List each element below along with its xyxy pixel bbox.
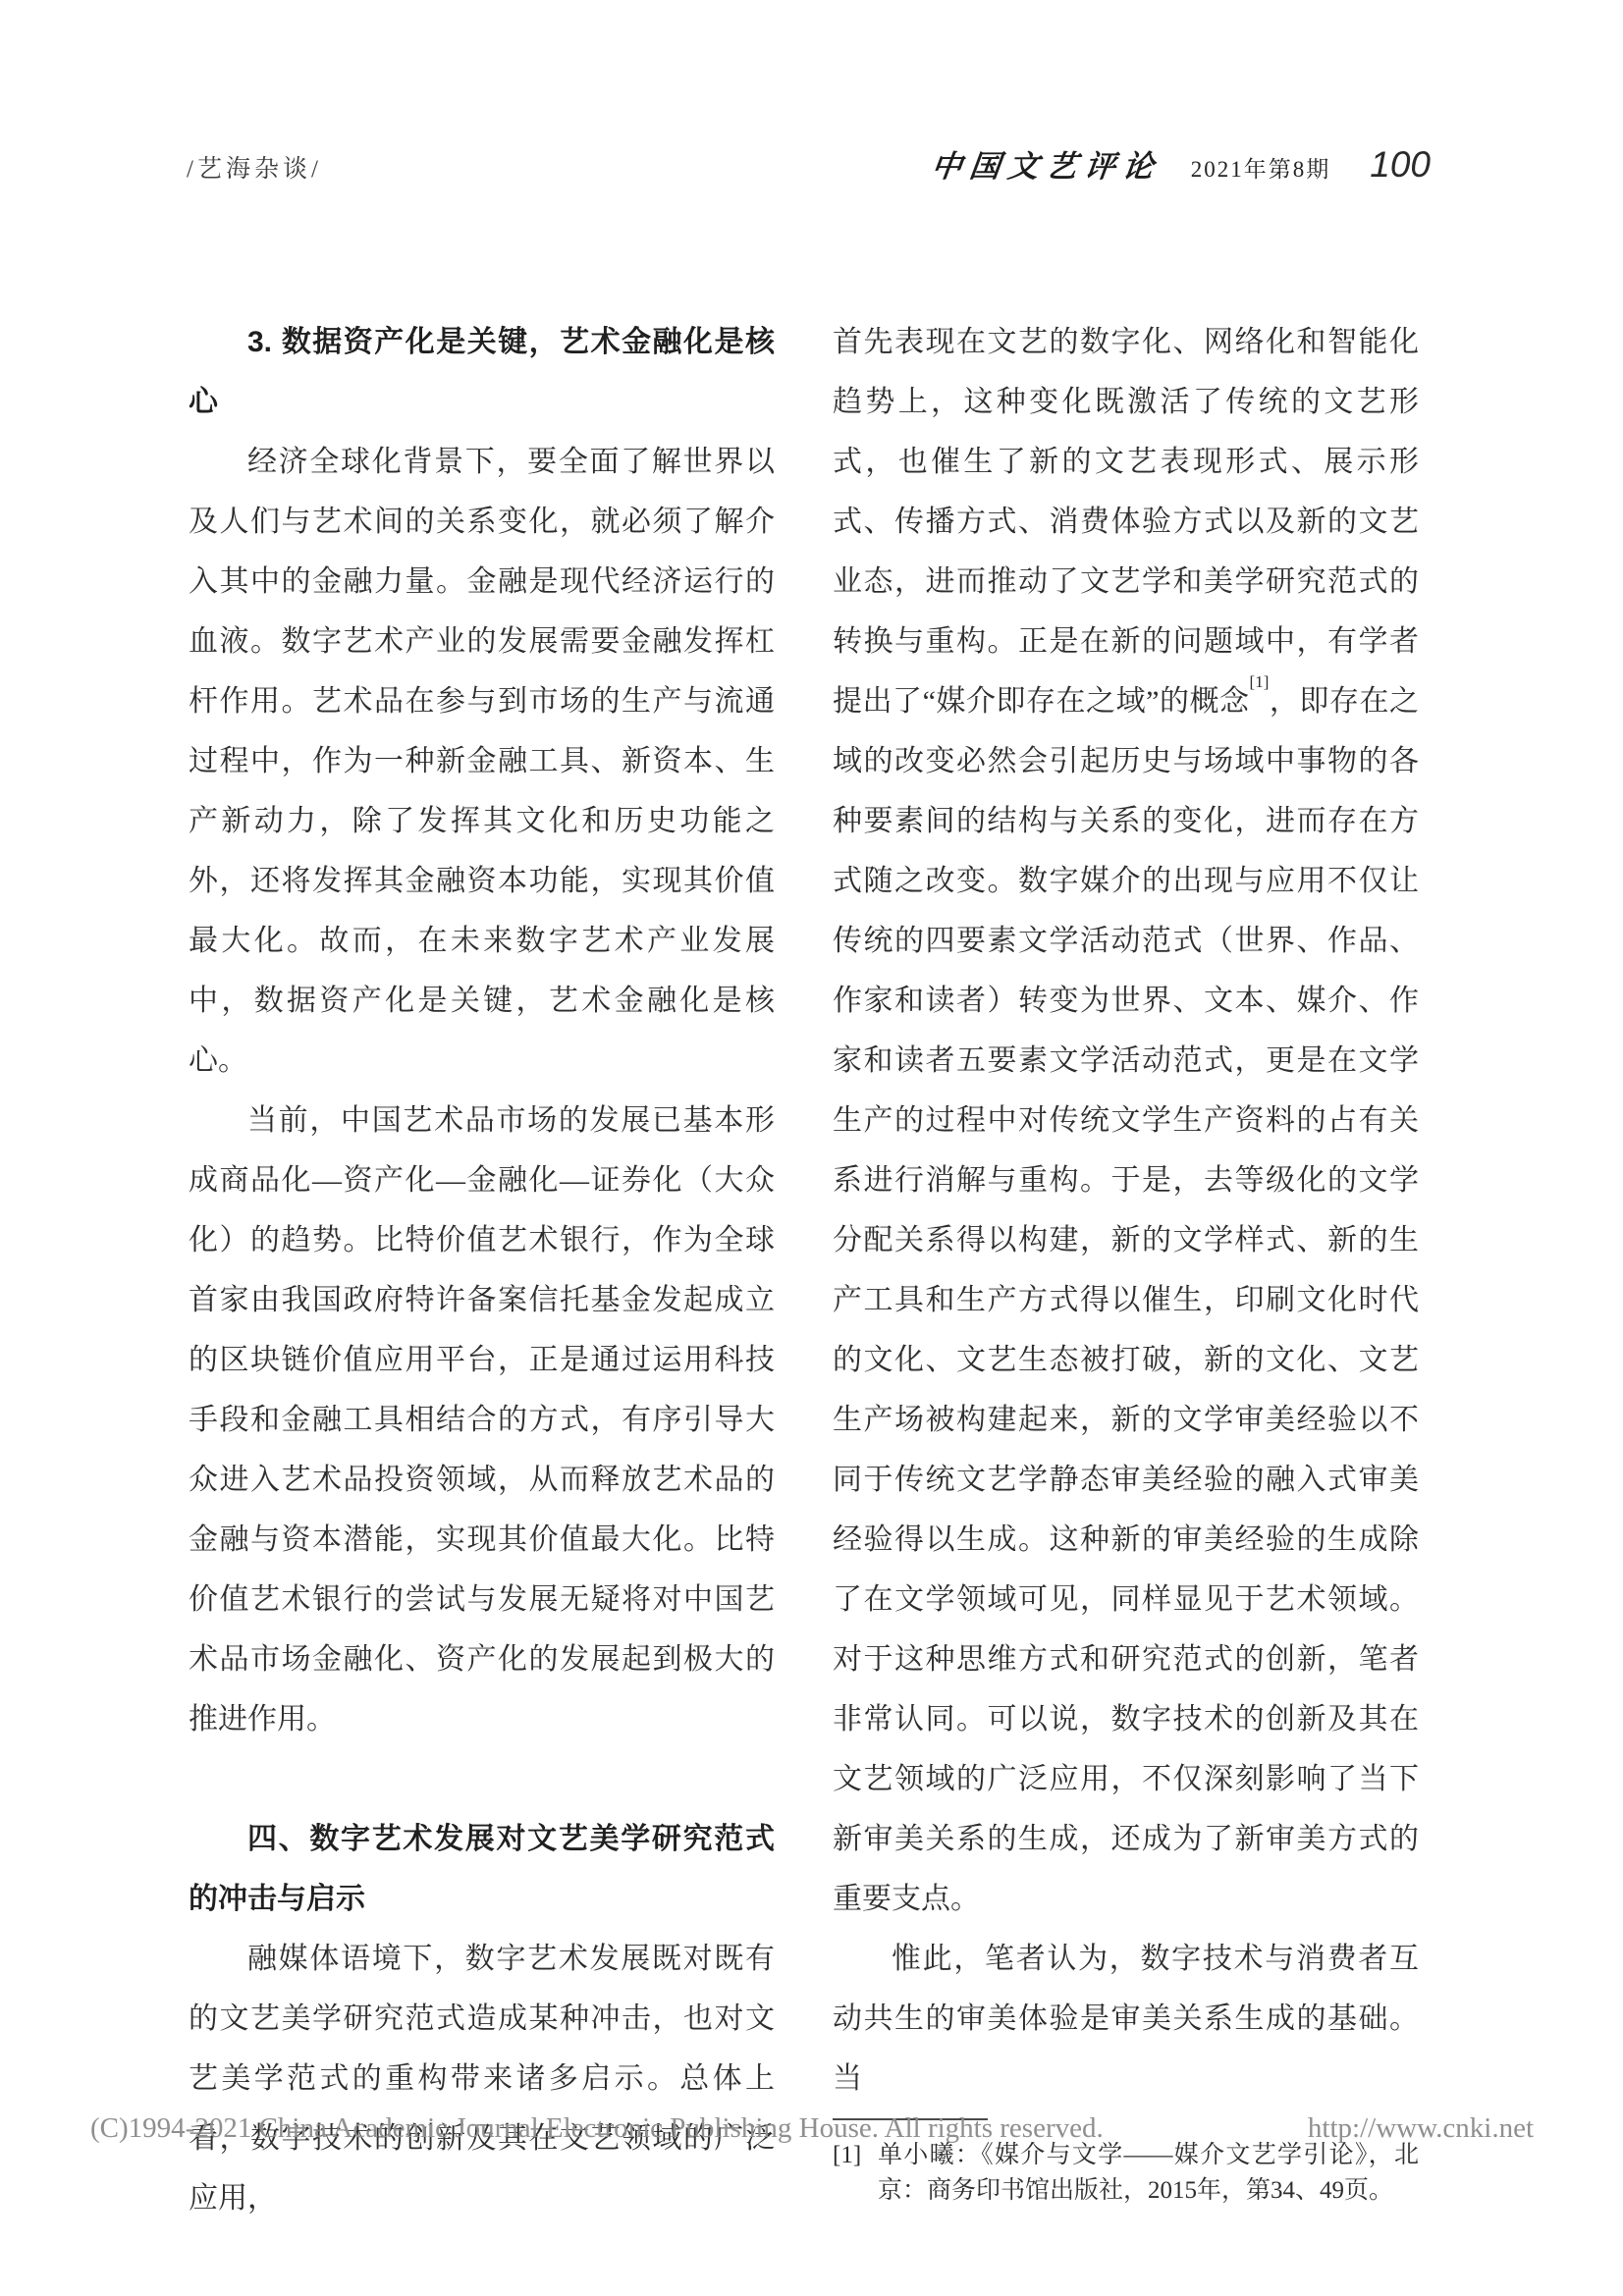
paragraph-text-before-ref: 首先表现在文艺的数字化、网络化和智能化趋势上，这种变化既激活了传统的文艺形式，也… [833,326,1419,718]
paragraph-art-market: 当前，中国艺术品市场的发展已基本形成商品化—资产化—金融化—证券化（大众化）的趋… [189,1091,775,1749]
right-column: 首先表现在文艺的数字化、网络化和智能化趋势上，这种变化既激活了传统的文艺形式，也… [833,312,1419,2209]
paragraph-aesthetic-experience: 惟此，笔者认为，数字技术与消费者互动共生的审美体验是审美关系生成的基础。当 [833,1929,1419,2109]
section-heading-4: 四、数字艺术发展对文艺美学研究范式的冲击与启示 [189,1809,775,1929]
subsection-heading-3: 3. 数据资产化是关键，艺术金融化是核心 [189,312,775,432]
paragraph-continuation: 首先表现在文艺的数字化、网络化和智能化趋势上，这种变化既激活了传统的文艺形式，也… [833,312,1419,1929]
journal-page: /艺海杂谈/ 中国文艺评论 2021年第8期 100 3. 数据资产化是关键，艺… [0,0,1623,2296]
page-header: /艺海杂谈/ 中国文艺评论 2021年第8期 100 [187,141,1431,186]
issue-label: 2021年第8期 [1191,151,1331,184]
footnote-item: [1] 单小曦：《媒介与文学——媒介文艺学引论》，北京：商务印书馆出版社，201… [833,2138,1419,2209]
paragraph-media-context: 融媒体语境下，数字艺术发展既对既有的文艺美学研究范式造成某种冲击，也对文艺美学范… [189,1929,775,2228]
paragraph-text-after-ref: ，即存在之域的改变必然会引起历史与场域中事物的各种要素间的结构与关系的变化，进而… [833,685,1419,1915]
page-number: 100 [1370,144,1431,186]
left-column: 3. 数据资产化是关键，艺术金融化是核心 经济全球化背景下，要全面了解世界以及人… [189,312,775,2228]
section-label: /艺海杂谈/ [187,149,322,185]
page-footer: (C)1994-2021 China Academic Journal Elec… [90,2112,1534,2145]
footnote-text: 单小曦：《媒介与文学——媒介文艺学引论》，北京：商务印书馆出版社，2015年，第… [878,2142,1419,2204]
copyright-text: (C)1994-2021 China Academic Journal Elec… [90,2112,1104,2145]
footer-url: http://www.cnki.net [1308,2112,1534,2145]
footnote-reference-marker: [1] [1250,672,1270,691]
paragraph-economy-finance: 经济全球化背景下，要全面了解世界以及人们与艺术间的关系变化，就必须了解介入其中的… [189,432,775,1091]
header-right: 中国文艺评论 2021年第8期 100 [932,141,1431,186]
journal-name-calligraphy: 中国文艺评论 [929,141,1164,186]
